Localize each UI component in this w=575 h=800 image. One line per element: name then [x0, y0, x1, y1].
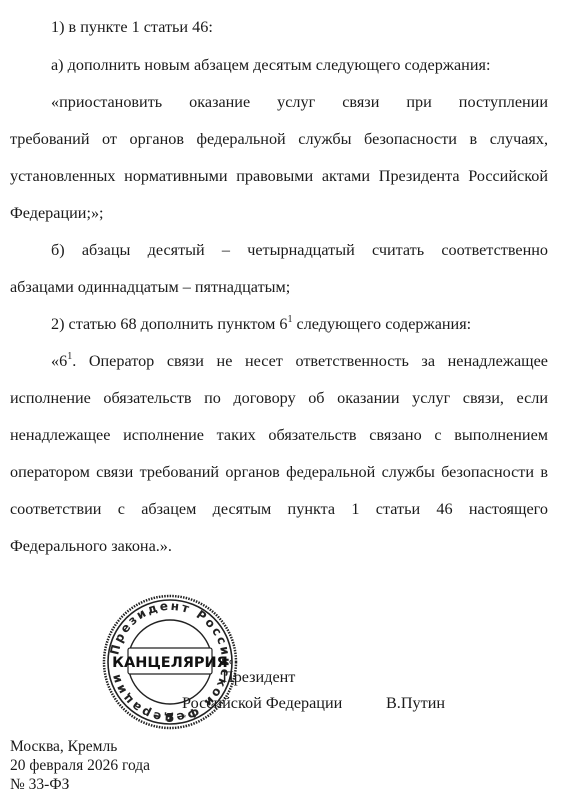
quote-2-line-1: «61. Оператор связи не несет ответственн…	[51, 351, 548, 371]
item-2-text-a: 2) статью 68 дополнить пунктом 6	[51, 315, 287, 333]
quote-2-number: «6	[51, 352, 67, 370]
seal-star-right-icon: *	[182, 713, 187, 723]
quote-2-line-6: Федерального закона.».	[10, 536, 548, 556]
item-1b-line-2: абзацами одиннадцатым – пятнадцатым;	[10, 277, 548, 297]
quote-2-line-4: оператором связи требований органов феде…	[10, 462, 548, 482]
signature-name: В.Путин	[386, 693, 445, 713]
footer-place: Москва, Кремль	[10, 737, 117, 756]
item-1a-heading: а) дополнить новым абзацем десятым следу…	[51, 55, 548, 75]
signature-title-line-2: Российской Федерации	[182, 693, 342, 713]
footer-date: 20 февраля 2026 года	[10, 756, 150, 775]
quote-1-line-3: установленных нормативными правовыми акт…	[10, 166, 548, 186]
seal-number: 5	[166, 711, 174, 725]
quote-1-line-1: «приостановить оказание услуг связи при …	[51, 92, 548, 112]
quote-2-prefix: «61	[51, 351, 72, 371]
item-1-heading: 1) в пункте 1 статьи 46:	[51, 17, 548, 37]
item-1b-line-1: б) абзацы десятый – четырнадцатый считат…	[51, 240, 548, 260]
quote-2-line-5: соответствии с абзацем десятым пункта 1 …	[10, 499, 548, 519]
signature-title-line-1: Президент	[222, 667, 295, 687]
quote-2-line-3: ненадлежащее исполнение таких обязательс…	[10, 425, 548, 445]
seal-star-left-icon: *	[154, 713, 159, 723]
quote-2-line-2: исполнение обязательств по договору об о…	[10, 388, 548, 408]
footer-law-number: № 33-ФЗ	[10, 775, 69, 794]
quote-2-text: . Оператор связи не несет ответственност…	[72, 351, 548, 371]
quote-1-line-2: требований от органов федеральной службы…	[10, 129, 548, 149]
quote-1-line-4: Федерации;»;	[10, 203, 548, 223]
item-2-heading: 2) статью 68 дополнить пунктом 61 следую…	[51, 314, 548, 334]
seal-center-text: КАНЦЕЛЯРИЯ	[112, 655, 228, 671]
item-2-text-b: следующего содержания:	[292, 315, 471, 333]
